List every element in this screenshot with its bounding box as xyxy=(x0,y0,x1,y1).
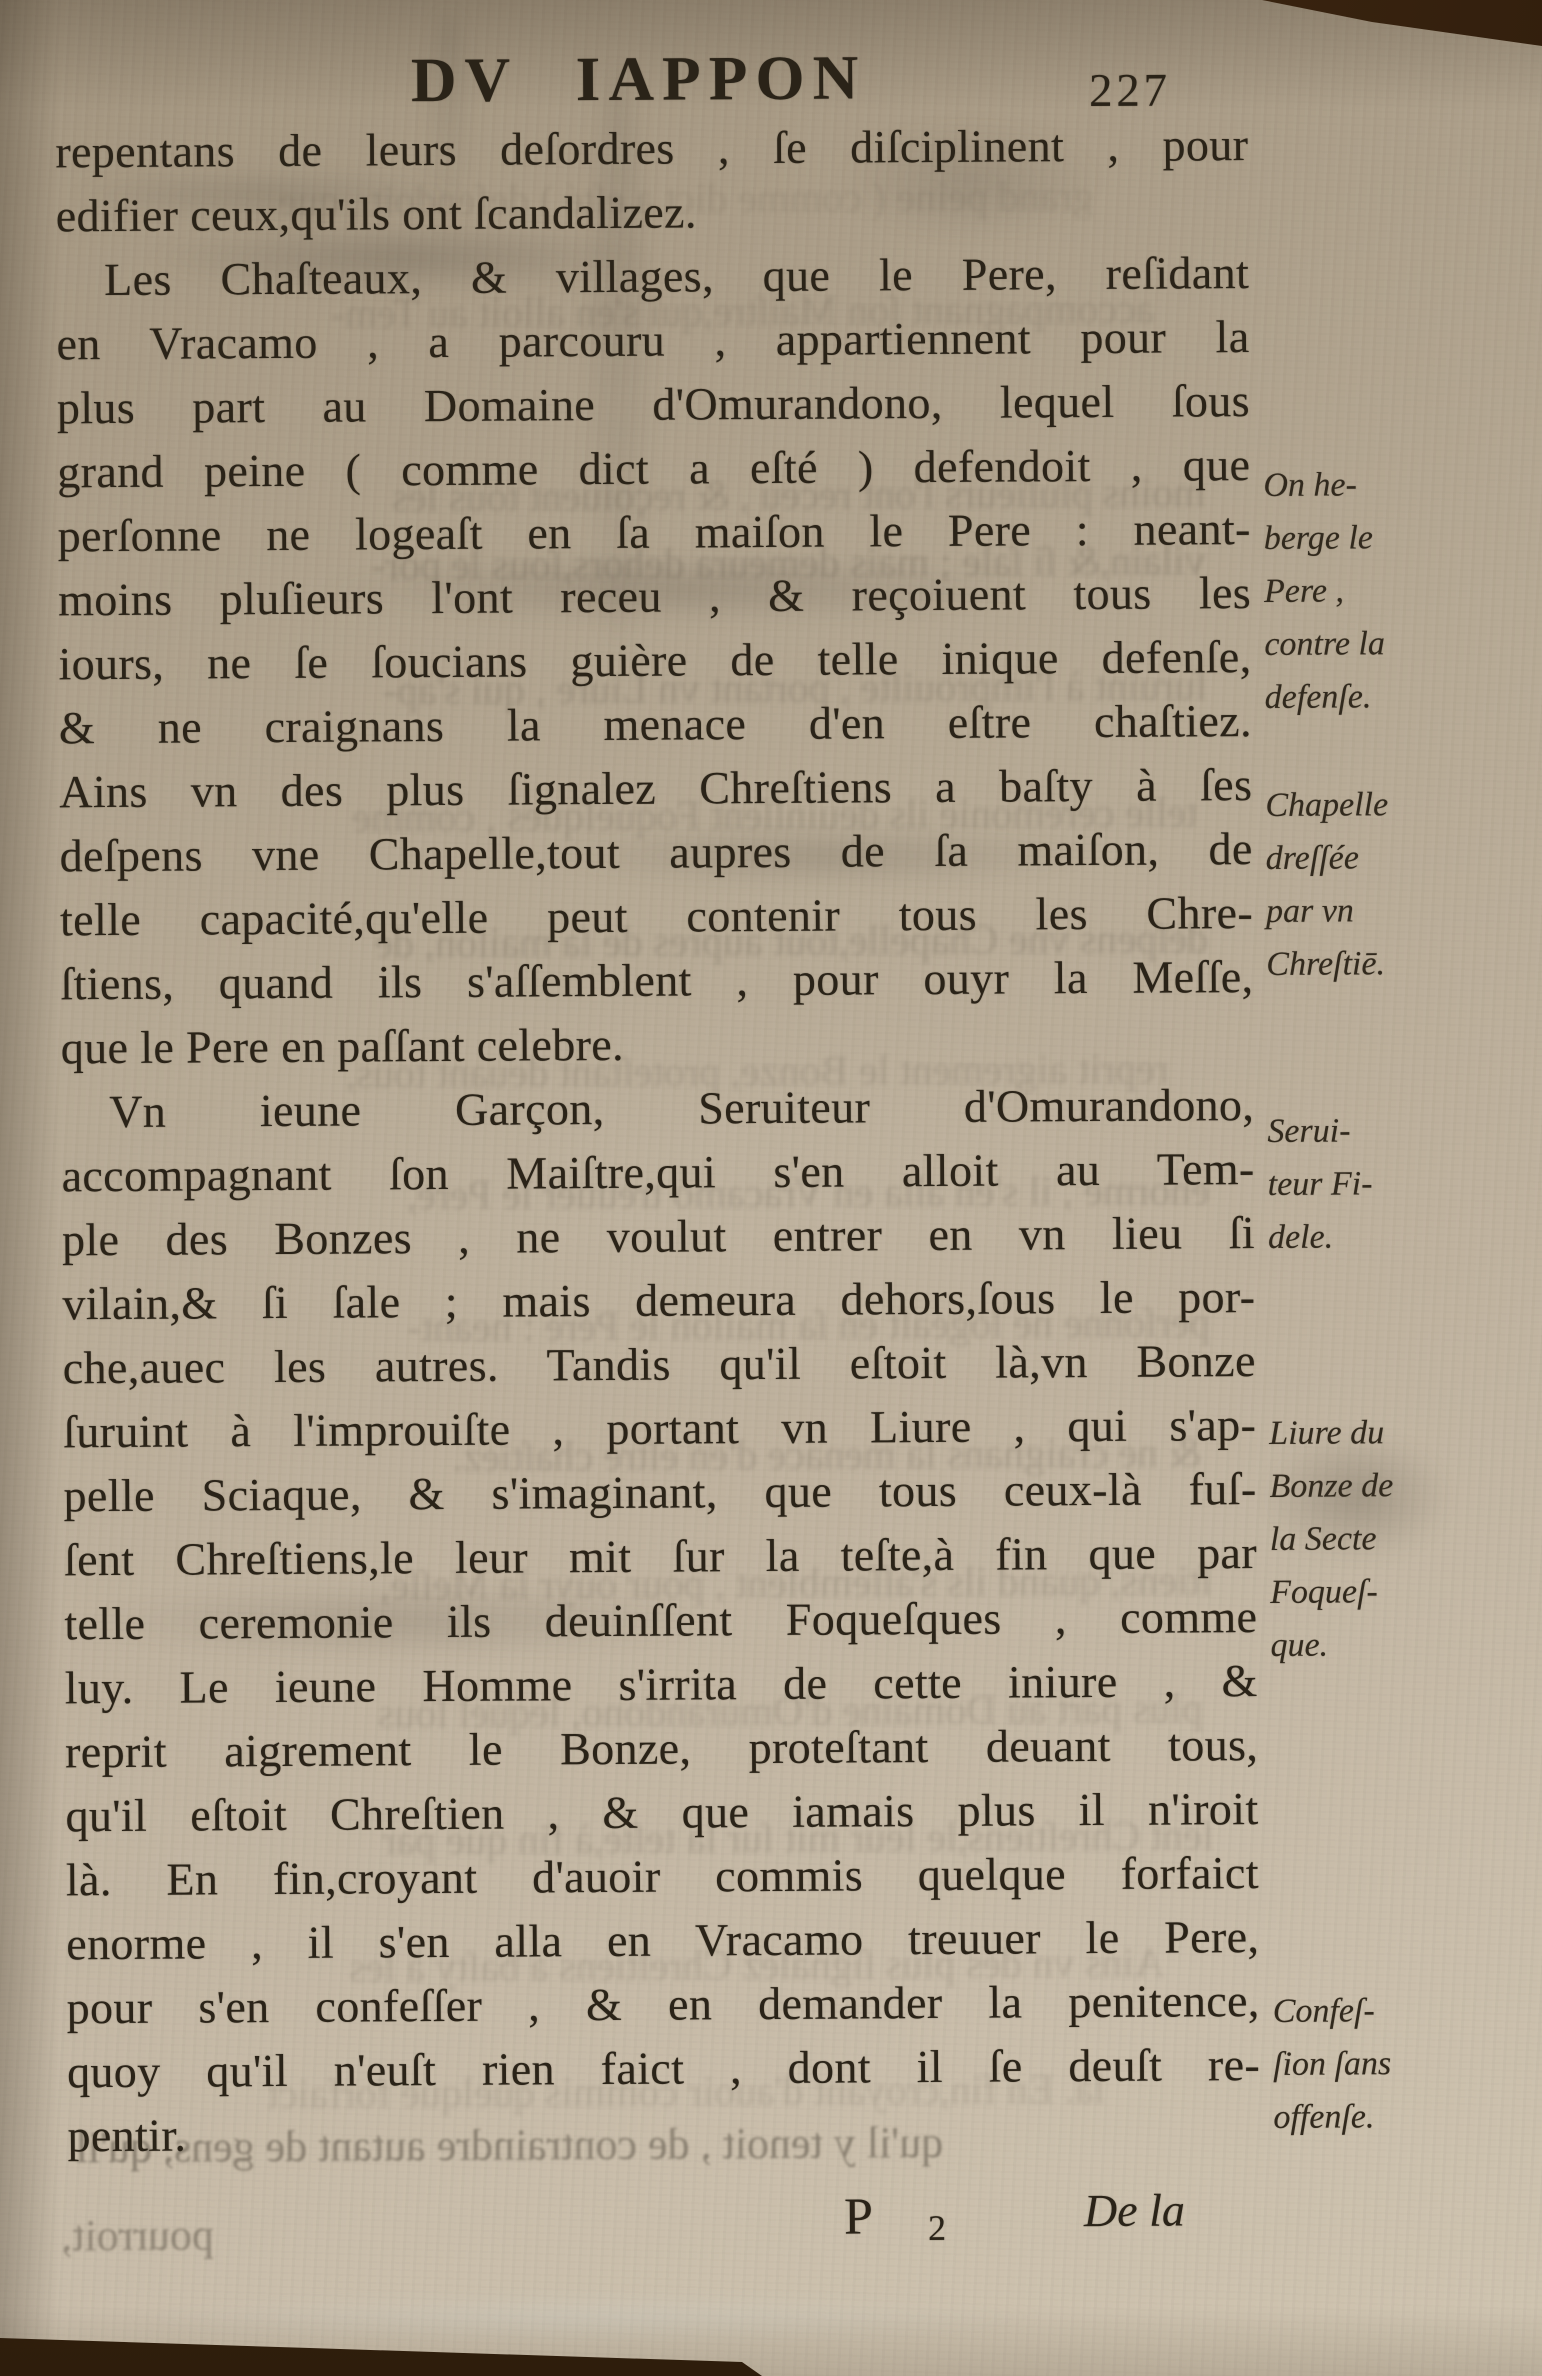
page-content: grand peine ( comme dict a eſté ) defend… xyxy=(0,0,1542,2376)
margin-note-line: que. xyxy=(1270,1618,1476,1672)
text-line: pelle Sciaque, & s'imaginant, que tous c… xyxy=(63,1457,1256,1528)
margin-note-line: contre la xyxy=(1264,617,1470,671)
text-line: quoy qu'il n'euſt rien faict , dont il ſ… xyxy=(67,2033,1260,2104)
margin-note-line: offenſe. xyxy=(1273,2090,1479,2144)
text-line: edifier ceux,qu'ils ont ſcandalizez. xyxy=(56,177,1249,248)
margin-note-chapelle: Chapelle dreſſée par vn Chreſtiē. xyxy=(1265,778,1472,991)
text-line: grand peine ( comme dict a eſté ) defend… xyxy=(57,433,1250,504)
text-line: deſpens vne Chapelle,tout aupres de ſa m… xyxy=(59,817,1252,888)
text-line: plus part au Domaine d'Omurandono, leque… xyxy=(57,369,1250,440)
margin-note-line: Liure du xyxy=(1269,1406,1475,1460)
margin-note-line: Confeſ- xyxy=(1273,1984,1479,2038)
text-line: accompagnant ſon Maiſtre,qui s'en alloit… xyxy=(61,1137,1254,1208)
margin-note-line: Chreſtiē. xyxy=(1266,937,1472,991)
text-line: perſonne ne logeaſt en ſa maiſon le Pere… xyxy=(58,497,1251,568)
text-line: là. En fin,croyant d'auoir commis quelqu… xyxy=(66,1841,1259,1912)
text-line: che,auec les autres. Tandis qu'il eſtoit… xyxy=(63,1329,1256,1400)
text-line: ple des Bonzes , ne voulut entrer en vn … xyxy=(62,1201,1255,1272)
text-line: qu'il eſtoit Chreſtien , & que iamais pl… xyxy=(65,1777,1258,1848)
margin-note-line: ſion ſans xyxy=(1273,2037,1479,2091)
text-line: pour s'en confeſſer , & en demander la p… xyxy=(67,1969,1260,2040)
text-line: enorme , il s'en alla en Vracamo treuuer… xyxy=(66,1905,1259,1976)
margin-note-line: Chapelle xyxy=(1265,778,1471,832)
margin-note-line: Bonze de xyxy=(1269,1459,1475,1513)
margin-note-line: dele. xyxy=(1268,1210,1474,1264)
margin-note-line: par vn xyxy=(1266,884,1472,938)
text-line: pentir. xyxy=(67,2097,1260,2168)
text-line: reprit aigrement le Bonze, proteſtant de… xyxy=(65,1713,1258,1784)
margin-note-serviteur: Serui- teur Fi- dele. xyxy=(1267,1104,1474,1264)
margin-note-line: Serui- xyxy=(1267,1104,1473,1158)
text-line: iours, ne ſe ſoucians guière de telle in… xyxy=(58,625,1251,696)
text-line: telle capacité,qu'elle peut contenir tou… xyxy=(60,881,1253,952)
text-line: ſent Chreſtiens,le leur mit ſur la teſte… xyxy=(64,1521,1257,1592)
margin-note-line: defenſe. xyxy=(1265,670,1471,724)
signature-number: 2 xyxy=(928,2207,946,2249)
text-line paragraph-start: Vn ieune Garçon, Seruiteur d'Omurandono, xyxy=(61,1073,1254,1144)
main-text-block: repentans de leurs deſordres , ſe diſcip… xyxy=(55,113,1260,2168)
text-line paragraph-start: Les Chaſteaux, & villages, que le Pere, … xyxy=(56,241,1249,312)
margin-note-confession: Confeſ- ſion ſans offenſe. xyxy=(1273,1984,1480,2144)
text-line: repentans de leurs deſordres , ſe diſcip… xyxy=(55,113,1248,184)
text-line: telle ceremonie ils deuinſſent Foqueſque… xyxy=(64,1585,1257,1656)
margin-note-line: berge le xyxy=(1264,511,1470,565)
margin-note-line: On he- xyxy=(1263,458,1469,512)
text-line: ſuruint à l'improuiſte , portant vn Liur… xyxy=(63,1393,1256,1464)
text-line: & ne craignans la menace d'en eſtre chaſ… xyxy=(59,689,1252,760)
book-page-photo: grand peine ( comme dict a eſté ) defend… xyxy=(0,0,1542,2376)
text-line: luy. Le ieune Homme s'irrita de cette in… xyxy=(65,1649,1258,1720)
margin-note-line: dreſſée xyxy=(1266,831,1472,885)
margin-note-line: la Secte xyxy=(1270,1512,1476,1566)
text-line: vilain,& ſi ſale ; mais demeura dehors,ſ… xyxy=(62,1265,1255,1336)
text-line paragraph-start: Ains vn des plus ſignalez Chreſtiens a b… xyxy=(59,753,1252,824)
text-line: moins pluſieurs l'ont receu , & reçoiuen… xyxy=(58,561,1251,632)
text-line: que le Pere en paſſant celebre. xyxy=(61,1009,1254,1080)
signature-mark: P xyxy=(844,2187,873,2246)
text-line: en Vracamo , a parcouru , appartiennent … xyxy=(56,305,1249,376)
running-title: DV IAPPON xyxy=(411,41,931,117)
page-number: 227 xyxy=(1089,64,1171,118)
margin-note-heberge: On he- berge le Pere , contre la defenſe… xyxy=(1263,458,1471,724)
margin-note-livre: Liure du Bonze de la Secte Foqueſ- que. xyxy=(1269,1406,1477,1672)
margin-note-line: Pere , xyxy=(1264,564,1470,618)
showthrough-legible-line: pourroit, xyxy=(61,2209,214,2261)
margin-note-line: Foqueſ- xyxy=(1270,1565,1476,1619)
text-line: ſtiens, quand ils s'aſſemblent , pour ou… xyxy=(60,945,1253,1016)
catchword: De la xyxy=(1084,2183,1185,2237)
margin-note-line: teur Fi- xyxy=(1268,1157,1474,1211)
